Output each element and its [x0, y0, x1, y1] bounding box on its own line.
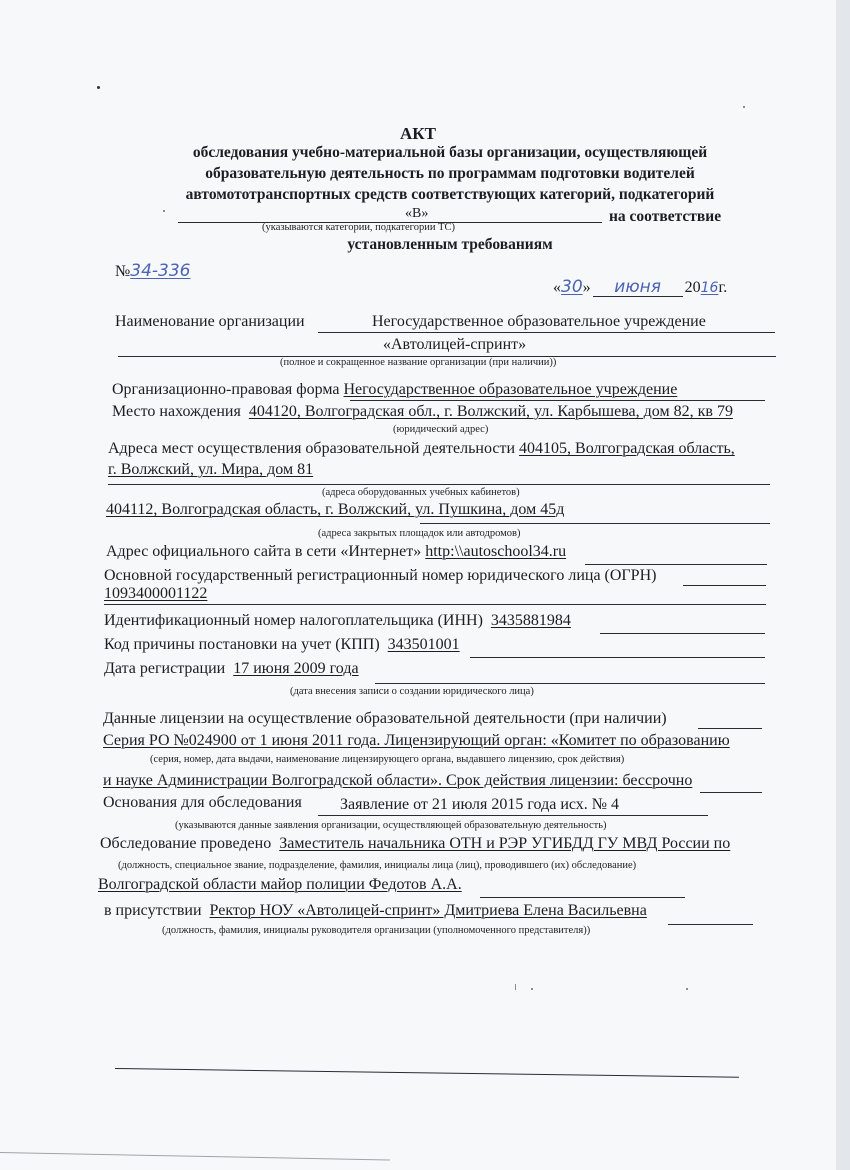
inn-field: Идентификационный номер налогоплательщик…: [104, 612, 571, 630]
activity-addresses-label: Адреса мест осуществления образовательно…: [108, 440, 515, 457]
scan-speck: [686, 988, 688, 990]
scanned-page: АКТ обследования учебно-материальной баз…: [0, 0, 836, 1170]
location-field: Место нахождения 404120, Волгоградская о…: [112, 403, 733, 421]
presence-rule: [668, 924, 753, 925]
license-value-2: и науке Администрации Волгоградской обла…: [103, 772, 692, 790]
scan-speck: [531, 988, 533, 990]
location-hint: (юридический адрес): [393, 424, 488, 435]
scan-speck: [515, 984, 516, 990]
date-close-quote: »: [583, 279, 591, 296]
scan-speck: [97, 86, 100, 89]
conducted-by-label: Обследование проведено: [100, 835, 271, 852]
conducted-by-hint: (должность, специальное звание, подразде…: [118, 860, 636, 871]
subtitle-line-3: автомототранспортных средств соответству…: [130, 186, 770, 204]
ogrn-rule: [104, 604, 766, 605]
presence-value: Ректор НОУ «Автолицей-спринт» Дмитриева …: [210, 902, 647, 919]
grounds-hint: (указываются данные заявления организаци…: [175, 820, 607, 831]
ogrn-label-rule: [683, 585, 766, 586]
act-number: №34-336: [115, 262, 190, 281]
presence-label: в присутствии: [104, 902, 202, 919]
closed-areas-value: 404112, Волгоградская область, г. Волжск…: [106, 501, 564, 519]
number-label: №: [115, 263, 130, 280]
kpp-value: 343501001: [388, 636, 460, 653]
inn-value: 3435881984: [491, 612, 571, 629]
activity-addresses-value-1: 404105, Волгоградская область,: [519, 440, 735, 457]
kpp-rule: [470, 657, 765, 658]
registration-date-rule: [375, 683, 765, 684]
legal-form-rule: [350, 400, 765, 401]
scan-edge: [836, 0, 850, 1170]
conducted-by-value-2: Волгоградской области майор полиции Федо…: [98, 876, 462, 894]
category-hint: (указываются категории, подкатегории ТС): [262, 222, 455, 233]
date-day: 30: [561, 277, 583, 297]
license-label-rule: [698, 728, 762, 729]
conducted-by-rule: [480, 897, 685, 898]
category-suffix: на соответствие: [609, 208, 721, 226]
activity-addresses-hint: (адреса оборудованных учебных кабинетов): [322, 487, 520, 498]
location-label: Место нахождения: [112, 403, 241, 420]
registration-date-value: 17 июня 2009 года: [233, 660, 358, 677]
date-year-suffix: 16: [701, 280, 719, 296]
inn-rule: [600, 633, 765, 634]
category-value: «В»: [405, 205, 428, 223]
conducted-by-field: Обследование проведено Заместитель начал…: [100, 835, 730, 853]
date-open-quote: «: [553, 279, 561, 296]
subtitle-end: установленным требованиям: [0, 236, 850, 254]
ogrn-value: 1093400001122: [104, 585, 207, 603]
closed-areas-rule: [420, 523, 770, 524]
kpp-field: Код причины постановки на учет (КПП) 343…: [104, 636, 460, 654]
ogrn-label: Основной государственный регистрационный…: [104, 567, 656, 585]
org-name-hint: (полное и сокращенное название организац…: [280, 357, 556, 368]
grounds-rule: [318, 815, 708, 816]
org-name-value-2: «Автолицей-спринт»: [383, 336, 526, 354]
legal-form-value: Негосударственное образовательное учрежд…: [344, 381, 678, 398]
license-rule: [700, 792, 762, 793]
conducted-by-value-1: Заместитель начальника ОТН и РЭР УГИБДД …: [279, 835, 730, 852]
legal-form-field: Организационно-правовая форма Негосударс…: [112, 381, 677, 399]
org-name-value-1: Негосударственное образовательное учрежд…: [372, 313, 706, 331]
website-value[interactable]: http:\\autoschool34.ru: [425, 543, 566, 560]
grounds-value: Заявление от 21 июля 2015 года исх. № 4: [340, 796, 619, 814]
subtitle-line-2: образовательную деятельность по программ…: [130, 165, 770, 183]
license-hint: (серия, номер, дата выдачи, наименование…: [150, 754, 624, 765]
scan-speck: [743, 106, 745, 108]
org-name-label: Наименование организации: [115, 313, 305, 331]
subtitle-line-1: обследования учебно-материальной базы ор…: [130, 144, 770, 162]
date-year-end: г.: [718, 279, 727, 296]
location-value: 404120, Волгоградская обл., г. Волжский,…: [249, 403, 733, 420]
presence-field: в присутствии Ректор НОУ «Автолицей-спри…: [104, 902, 647, 920]
website-rule: [585, 564, 767, 565]
kpp-label: Код причины постановки на учет (КПП): [104, 636, 380, 653]
document-title: АКТ: [0, 124, 836, 144]
page-bottom-edge: [0, 1152, 390, 1160]
date-month: июня: [593, 278, 683, 297]
grounds-label: Основания для обследования: [103, 794, 302, 812]
website-label: Адрес официального сайта в сети «Интерне…: [106, 543, 421, 560]
bottom-signature-rule: [115, 1068, 739, 1078]
license-value-1: Серия РО №024900 от 1 июня 2011 года. Ли…: [103, 732, 730, 750]
org-name-rule-1: [318, 332, 775, 333]
registration-date-hint: (дата внесения записи о создании юридиче…: [290, 686, 534, 697]
act-date: «30»июня2016г.: [553, 278, 727, 297]
closed-areas-hint: (адреса закрытых площадок или автодромов…: [318, 528, 521, 539]
website-field: Адрес официального сайта в сети «Интерне…: [106, 543, 566, 561]
registration-date-label: Дата регистрации: [104, 660, 225, 677]
scan-speck: [163, 210, 165, 212]
activity-addresses-rule: [108, 484, 770, 485]
legal-form-label: Организационно-правовая форма: [112, 381, 340, 398]
registration-date-field: Дата регистрации 17 июня 2009 года: [104, 660, 359, 678]
date-year-prefix: 20: [685, 279, 701, 296]
activity-addresses-field: Адреса мест осуществления образовательно…: [108, 440, 735, 458]
presence-hint: (должность, фамилия, инициалы руководите…: [162, 925, 590, 936]
license-label: Данные лицензии на осуществление образов…: [103, 710, 667, 728]
number-value: 34-336: [130, 261, 190, 281]
activity-addresses-value-2: г. Волжский, ул. Мира, дом 81: [108, 461, 313, 479]
inn-label: Идентификационный номер налогоплательщик…: [104, 612, 483, 629]
